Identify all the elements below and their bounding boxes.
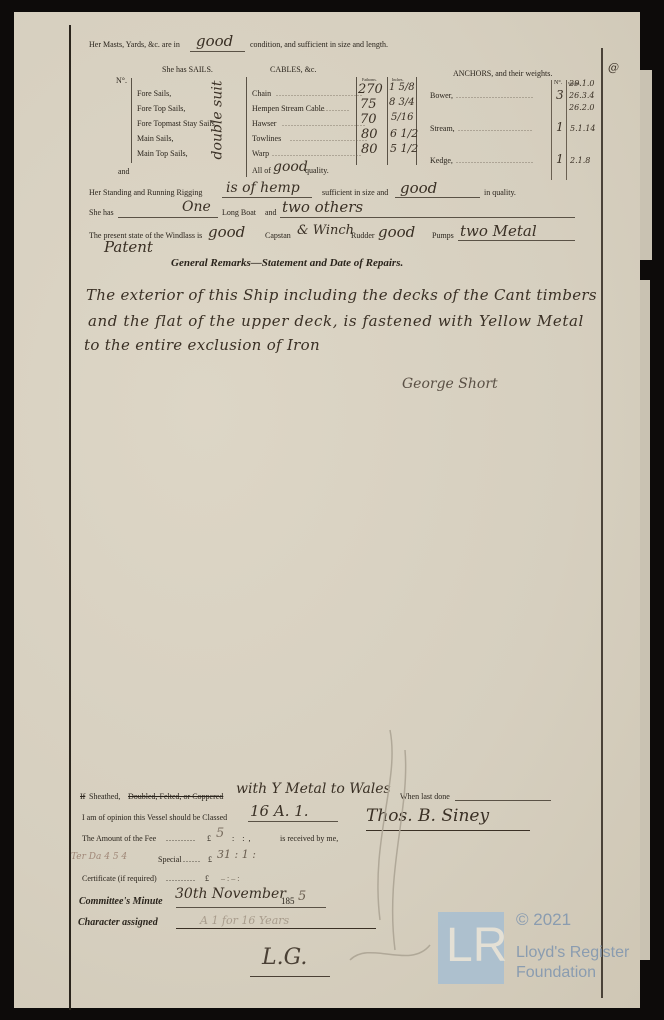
leader-dots: ..........................: [456, 91, 534, 100]
pumps-value: two Metal: [460, 222, 537, 240]
rigging-value: is of hemp: [226, 180, 300, 196]
anchor-weight: 29.1.0: [569, 79, 594, 88]
anchor-name: Stream,: [430, 124, 455, 133]
fill-line: [190, 51, 245, 52]
pumps-label: Pumps: [432, 231, 454, 240]
minute-date: 30th November: [175, 886, 286, 902]
cable-fathoms: 80: [361, 142, 378, 157]
sails-no-label: N°.: [116, 76, 127, 85]
minute-year-prefix: 185: [281, 896, 295, 906]
sheathed-if: If: [80, 792, 85, 801]
cables-quality-suffix: quality.: [305, 166, 329, 175]
sail-item: Fore Topmast Stay Sails,: [137, 119, 217, 128]
boats-others: two others: [282, 198, 363, 216]
anchor-count: 1: [556, 120, 564, 134]
anchor-count: 1: [556, 152, 564, 166]
cables-left-rule: [246, 77, 247, 177]
rigging-middle: sufficient in size and: [322, 188, 388, 197]
special-currency: £: [208, 855, 212, 864]
sails-and-label: and: [118, 167, 130, 176]
anchors-at-mark: @: [608, 61, 619, 74]
sails-heading: She has SAILS.: [162, 65, 213, 74]
cable-fathoms: 70: [360, 112, 377, 127]
masts-suffix: condition, and sufficient in size and le…: [250, 40, 388, 49]
special-value: 31 : 1 :: [217, 848, 256, 861]
right-border-rule: [601, 48, 603, 998]
fee-value: 5: [216, 826, 224, 841]
cable-inches: 1 5/8: [389, 82, 415, 93]
leader-dots: ..........................: [456, 156, 534, 165]
windlass-value: good: [208, 223, 245, 241]
classed-value: 16 A. 1.: [250, 802, 309, 820]
leader-dots: .........................: [458, 124, 533, 133]
pencil-stamp-marks: [330, 720, 440, 980]
anchors-weight-rule: [566, 80, 567, 180]
cable-fathoms: 80: [361, 127, 378, 142]
cable-inches: 8 3/4: [389, 97, 415, 108]
anchor-name: Kedge,: [430, 156, 453, 165]
cable-name: Chain: [252, 89, 271, 98]
pumps-continued: Patent: [104, 238, 153, 256]
inches-rule: [387, 77, 388, 165]
cables-heading: CABLES, &c.: [270, 65, 316, 74]
anchor-weight: 26.2.0: [569, 103, 594, 112]
sails-column-rule: [131, 78, 132, 163]
fee-label: The Amount of the Fee: [82, 834, 156, 843]
leader-dots: ............................: [282, 119, 366, 128]
fill-line: [458, 240, 575, 241]
masts-value: good: [196, 32, 233, 50]
cable-name: Warp: [252, 149, 269, 158]
lr-logo: LR: [438, 912, 504, 984]
leader-dots: ..........: [166, 834, 196, 843]
torn-edge: [640, 280, 650, 960]
fill-line: [395, 197, 480, 198]
anchor-count: 3: [556, 88, 564, 102]
cable-inches: 5 1/2: [390, 142, 418, 155]
boats-and: and: [265, 208, 277, 217]
anchors-col-no: N°.: [554, 80, 562, 86]
anchor-weight: 26.3.4: [569, 91, 594, 100]
cables-quality-value: good: [273, 159, 308, 175]
anchor-name: Bower,: [430, 91, 453, 100]
certificate-currency: £: [205, 874, 209, 883]
remarks-heading: General Remarks—Statement and Date of Re…: [171, 257, 403, 269]
cable-name: Hempen Stream Cable: [252, 104, 324, 113]
initials: L.G.: [262, 945, 307, 970]
certificate-value: – : – :: [221, 874, 239, 883]
capstan-value: & Winch: [297, 223, 354, 238]
leader-dots: .............................: [276, 89, 363, 98]
fill-line: [176, 907, 326, 908]
anchor-weight: 2.1.8: [570, 156, 590, 165]
initials-flourish: [250, 976, 330, 977]
special-label: Special: [158, 855, 182, 864]
minute-year-suffix: 5: [298, 889, 306, 904]
sail-item: Fore Top Sails,: [137, 104, 185, 113]
rigging-quality: good: [400, 179, 437, 197]
certificate-label: Certificate (if required): [82, 874, 157, 883]
fill-line: [248, 821, 338, 822]
leader-dots: ..........................: [290, 134, 368, 143]
leader-dots: ......: [183, 855, 201, 864]
leader-dots: ..............................: [272, 149, 362, 158]
sail-item: Main Top Sails,: [137, 149, 188, 158]
lr-logo-text: LR: [446, 918, 507, 973]
boats-prefix: She has: [89, 208, 114, 217]
sail-item: Main Sails,: [137, 134, 173, 143]
leader-dots: ..........: [320, 104, 350, 113]
special-note: Ter Da 4 5 4: [71, 852, 127, 862]
fill-line: [118, 217, 218, 218]
rudder-label: Rudder: [351, 231, 375, 240]
boats-middle: Long Boat: [222, 208, 256, 217]
sheathed-label: Sheathed,: [89, 792, 120, 801]
fill-line: [455, 800, 551, 801]
sheathed-struck: Doubled, Felted, or Coppered: [128, 792, 223, 801]
masts-prefix: Her Masts, Yards, &c. are in: [89, 40, 180, 49]
left-border-rule: [69, 25, 71, 1010]
sails-handwritten: double suit: [209, 81, 225, 160]
character-value: A 1 for 16 Years: [200, 914, 289, 927]
remarks-line: and the flat of the upper deck, is faste…: [88, 312, 584, 330]
cable-name: Hawser: [252, 119, 276, 128]
rudder-value: good: [378, 223, 415, 241]
remarks-signature: George Short: [402, 376, 498, 392]
anchors-heading: ANCHORS, and their weights.: [453, 69, 552, 78]
classed-label: I am of opinion this Vessel should be Cl…: [82, 813, 227, 822]
anchor-weight: 5.1.14: [570, 124, 595, 133]
watermark-line1: Lloyd's Register: [516, 944, 629, 962]
boats-value: One: [182, 199, 211, 215]
fee-currency: £: [207, 834, 211, 843]
rigging-suffix: in quality.: [484, 188, 516, 197]
character-label: Character assigned: [78, 917, 158, 928]
cable-fathoms: 270: [358, 82, 383, 97]
watermark-line2: Foundation: [516, 964, 596, 982]
remarks-line: The exterior of this Ship including the …: [86, 286, 597, 304]
rigging-prefix: Her Standing and Running Rigging: [89, 188, 202, 197]
sail-item: Fore Sails,: [137, 89, 171, 98]
cable-inches: 6 1/2: [390, 127, 418, 140]
cables-quality-prefix: All of: [252, 166, 271, 175]
fee-separators: : : ,: [232, 834, 250, 843]
remarks-line: to the entire exclusion of Iron: [84, 336, 320, 354]
watermark-copyright: © 2021: [516, 910, 571, 930]
minute-label: Committee's Minute: [79, 896, 163, 907]
fill-line: [280, 217, 575, 218]
capstan-label: Capstan: [265, 231, 291, 240]
torn-edge: [640, 70, 652, 260]
cable-name: Towlines: [252, 134, 281, 143]
leader-dots: ..........: [166, 874, 196, 883]
cable-inches: 5/16: [391, 112, 413, 123]
cable-fathoms: 75: [360, 97, 377, 112]
anchors-no-rule: [551, 80, 552, 180]
